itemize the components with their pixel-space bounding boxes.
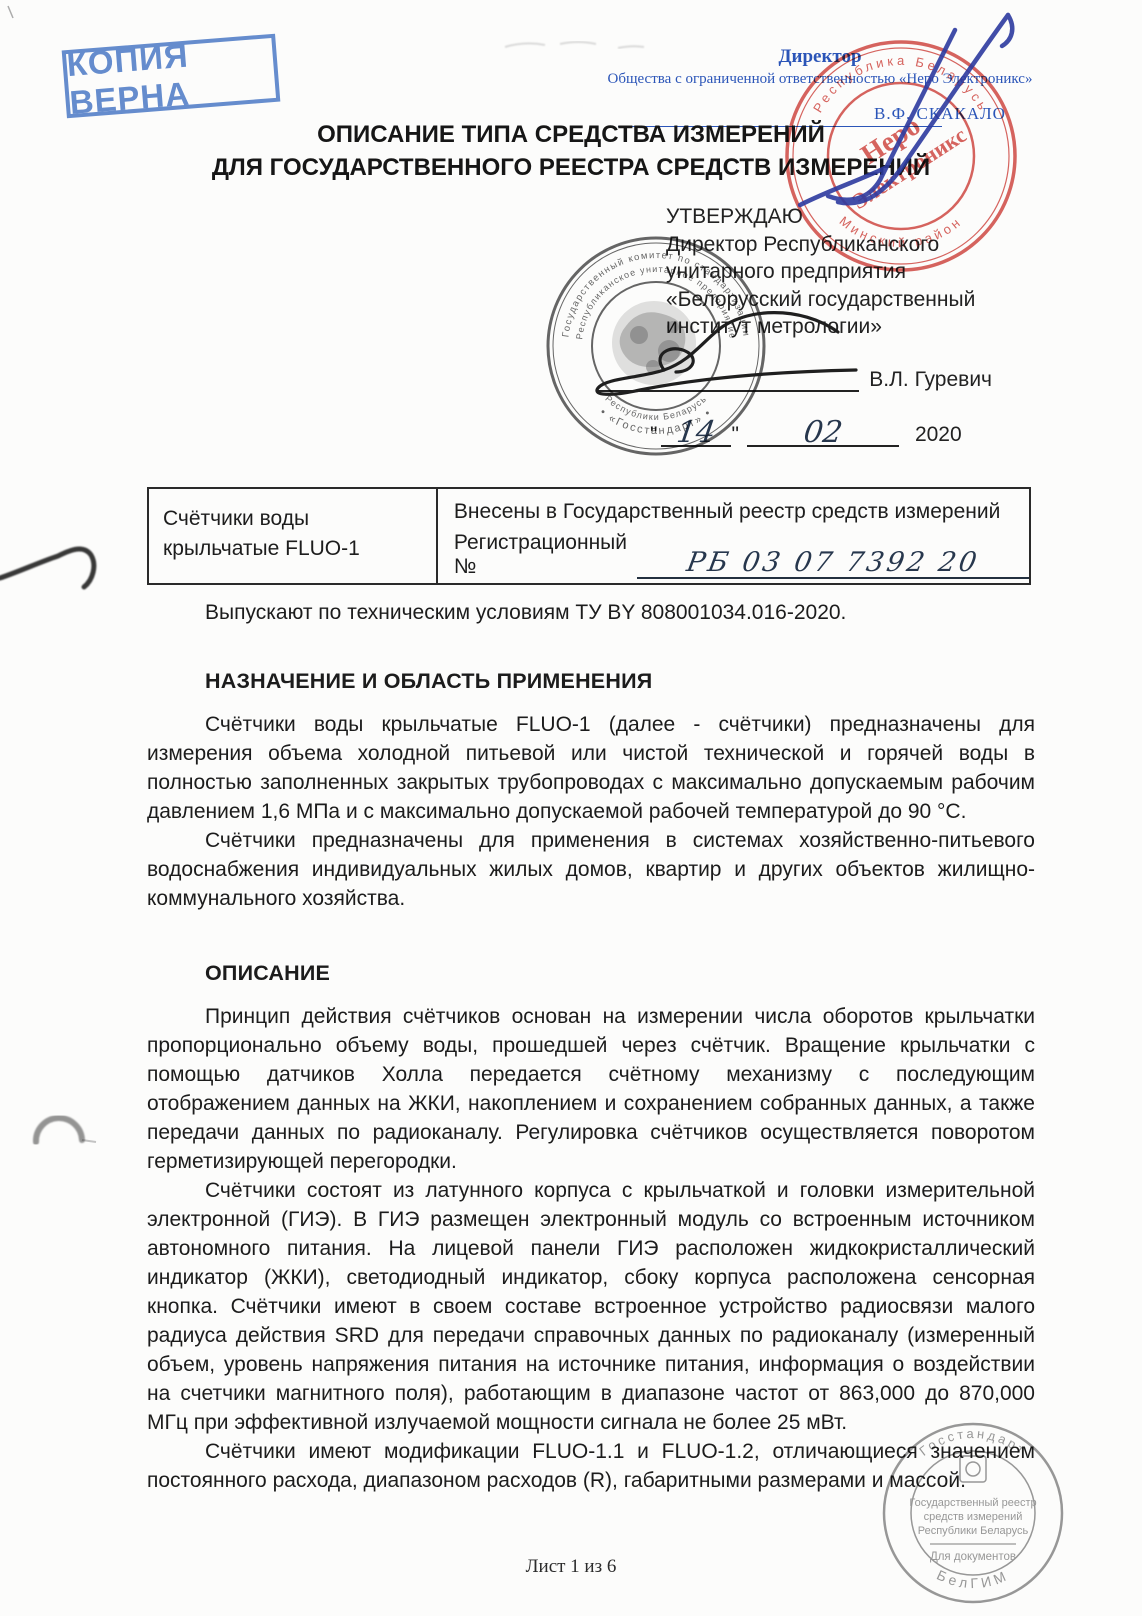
date-quote-open: " — [650, 423, 657, 447]
doc-stamp-line1: Государственный реестр — [909, 1497, 1036, 1509]
technical-conditions-line: Выпускают по техническим условиям ТУ BY … — [147, 598, 1035, 627]
document-body: Выпускают по техническим условиям ТУ BY … — [147, 598, 1035, 1495]
date-day-blank: 14 — [661, 410, 731, 447]
description-paragraph-2: Счётчики состоят из латунного корпуса с … — [147, 1176, 1035, 1437]
scanned-document-page: КОПИЯ ВЕРНА Директор Общества с ограниче… — [0, 0, 1142, 1616]
purpose-section-heading: НАЗНАЧЕНИЕ И ОБЛАСТЬ ПРИМЕНЕНИЯ — [205, 667, 1035, 696]
document-title-line1: ОПИСАНИЕ ТИПА СРЕДСТВА ИЗМЕРЕНИЙ — [96, 118, 1046, 151]
instrument-name-line2: крыльчатые FLUO-1 — [163, 534, 436, 564]
approval-heading: УТВЕРЖДАЮ — [666, 203, 1042, 231]
approval-org-line3: «Белорусский государственный — [666, 286, 1042, 314]
approval-org-line1: Директор Республиканского — [666, 231, 1042, 259]
approval-org-line4: институт метрологии» — [666, 313, 1042, 341]
document-title-line2: ДЛЯ ГОСУДАРСТВЕННОГО РЕЕСТРА СРЕДСТВ ИЗМ… — [96, 151, 1046, 184]
registry-table-entry-cell: Внесены в Государственный реестр средств… — [438, 489, 1029, 583]
issuer-block: Директор Общества с ограниченной ответст… — [606, 46, 1034, 88]
date-day-handwritten: 14 — [675, 415, 718, 450]
description-section-heading: ОПИСАНИЕ — [205, 959, 1035, 988]
registration-number-blank: РБ 03 07 7392 20 — [637, 543, 1029, 579]
registration-number-handwritten: РБ 03 07 7392 20 — [684, 547, 982, 578]
doc-stamp-line2: средств измерений — [924, 1511, 1023, 1523]
approval-signature-row: В.Л. Гуревич — [598, 362, 992, 392]
description-paragraph-3: Счётчики имеют модификации FLUO-1.1 и FL… — [147, 1437, 1035, 1495]
date-year: 2020 — [915, 423, 962, 447]
registry-entry-line: Внесены в Государственный реестр средств… — [454, 500, 1029, 524]
doc-stamp-line3: Республики Беларусь — [918, 1525, 1029, 1537]
page-number-footer: Лист 1 из 6 — [0, 1556, 1142, 1578]
issuer-organization: Общества с ограниченной ответственностью… — [606, 71, 1034, 88]
approval-date-row: " 14 " 02 2020 — [650, 410, 1040, 447]
date-month-handwritten: 02 — [801, 415, 844, 450]
date-quote-close: " — [731, 423, 738, 447]
copy-verna-stamp: КОПИЯ ВЕРНА — [62, 34, 281, 119]
registration-number-row: Регистрационный № РБ 03 07 7392 20 — [454, 531, 1029, 579]
document-title: ОПИСАНИЕ ТИПА СРЕДСТВА ИЗМЕРЕНИЙ ДЛЯ ГОС… — [96, 118, 1046, 184]
purpose-paragraph-2: Счётчики предназначены для применения в … — [147, 826, 1035, 913]
registration-number-label: Регистрационный № — [454, 531, 627, 579]
approval-block: УТВЕРЖДАЮ Директор Республиканского унит… — [666, 203, 1042, 341]
copy-verna-stamp-label: КОПИЯ ВЕРНА — [65, 30, 276, 122]
description-paragraph-1: Принцип действия счётчиков основан на из… — [147, 1002, 1035, 1176]
issuer-role: Директор — [606, 46, 1034, 68]
registry-table-instrument-cell: Счётчики воды крыльчатые FLUO-1 — [149, 489, 438, 583]
registry-table: Счётчики воды крыльчатые FLUO-1 Внесены … — [147, 487, 1031, 585]
approval-signer-name: В.Л. Гуревич — [869, 368, 992, 392]
approval-signature-line — [598, 362, 859, 392]
approval-org-line2: унитарного предприятия — [666, 258, 1042, 286]
purpose-paragraph-1: Счётчики воды крыльчатые FLUO-1 (далее -… — [147, 710, 1035, 826]
instrument-name-line1: Счётчики воды — [163, 504, 436, 534]
date-month-blank: 02 — [747, 410, 899, 447]
